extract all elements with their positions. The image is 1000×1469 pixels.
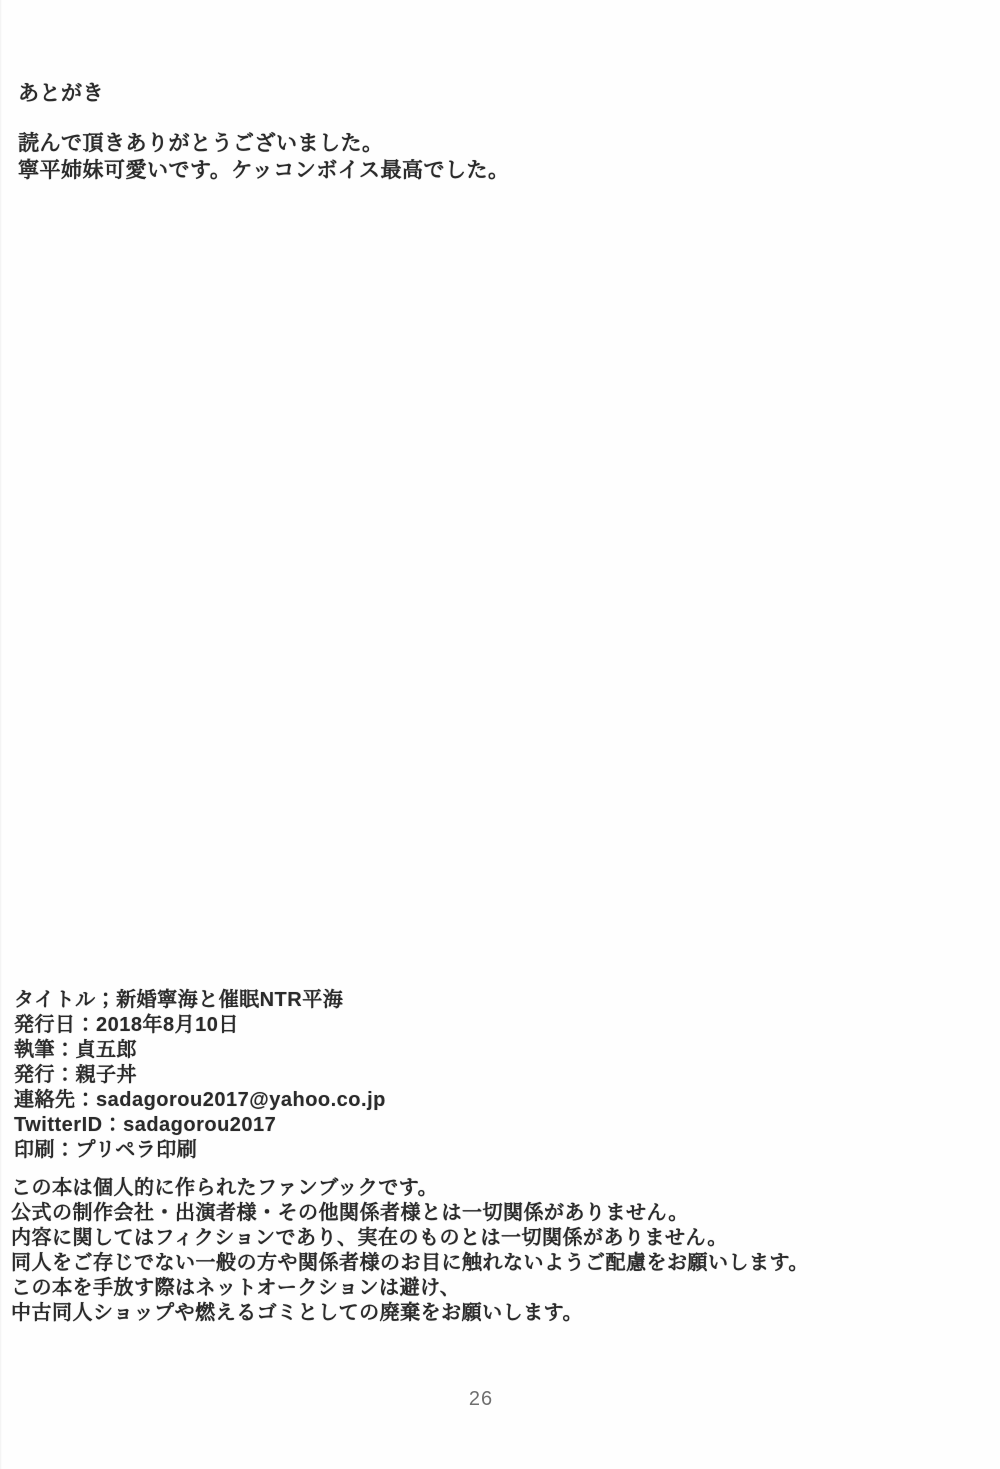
disclaimer-line: 中古同人ショップや燃えるゴミとしての廃棄をお願いします。 [11,1301,809,1326]
page-number: 26 [0,1388,962,1411]
colophon-issue-date-line: 発行日：2018年8月10日 [14,1013,386,1038]
afterword-body: 読んで頂きありがとうございました。 寧平姉妹可愛いです。ケッコンボイス最高でした… [18,130,510,184]
afterword-line: 読んで頂きありがとうございました。 [18,130,510,157]
colophon-author-line: 執筆：貞五郎 [14,1038,386,1063]
afterword-heading: あとがき [18,80,104,107]
colophon-title-line: タイトル；新婚寧海と催眠NTR平海 [14,988,386,1013]
scan-edge-shadow [0,0,2,1469]
afterword-page: あとがき 読んで頂きありがとうございました。 寧平姉妹可愛いです。ケッコンボイス… [0,0,1000,1469]
colophon-contact-line: 連絡先：sadagorou2017@yahoo.co.jp [14,1088,386,1113]
afterword-line: 寧平姉妹可愛いです。ケッコンボイス最高でした。 [18,157,510,184]
disclaimer-line: 同人をご存じでない一般の方や関係者様のお目に触れないようご配慮をお願いします。 [11,1251,809,1276]
colophon-publisher-line: 発行：親子丼 [14,1063,386,1088]
colophon-block: タイトル；新婚寧海と催眠NTR平海 発行日：2018年8月10日 執筆：貞五郎 … [14,988,386,1163]
disclaimer-block: この本は個人的に作られたファンブックです。 公式の制作会社・出演者様・その他関係… [11,1176,809,1326]
colophon-printer-line: 印刷：プリペラ印刷 [14,1138,386,1163]
disclaimer-line: 公式の制作会社・出演者様・その他関係者様とは一切関係がありません。 [11,1201,809,1226]
colophon-twitter-line: TwitterID：sadagorou2017 [14,1113,386,1138]
disclaimer-line: 内容に関してはフィクションであり、実在のものとは一切関係がありません。 [11,1226,809,1251]
disclaimer-line: この本を手放す際はネットオークションは避け、 [11,1276,809,1301]
disclaimer-line: この本は個人的に作られたファンブックです。 [11,1176,809,1201]
